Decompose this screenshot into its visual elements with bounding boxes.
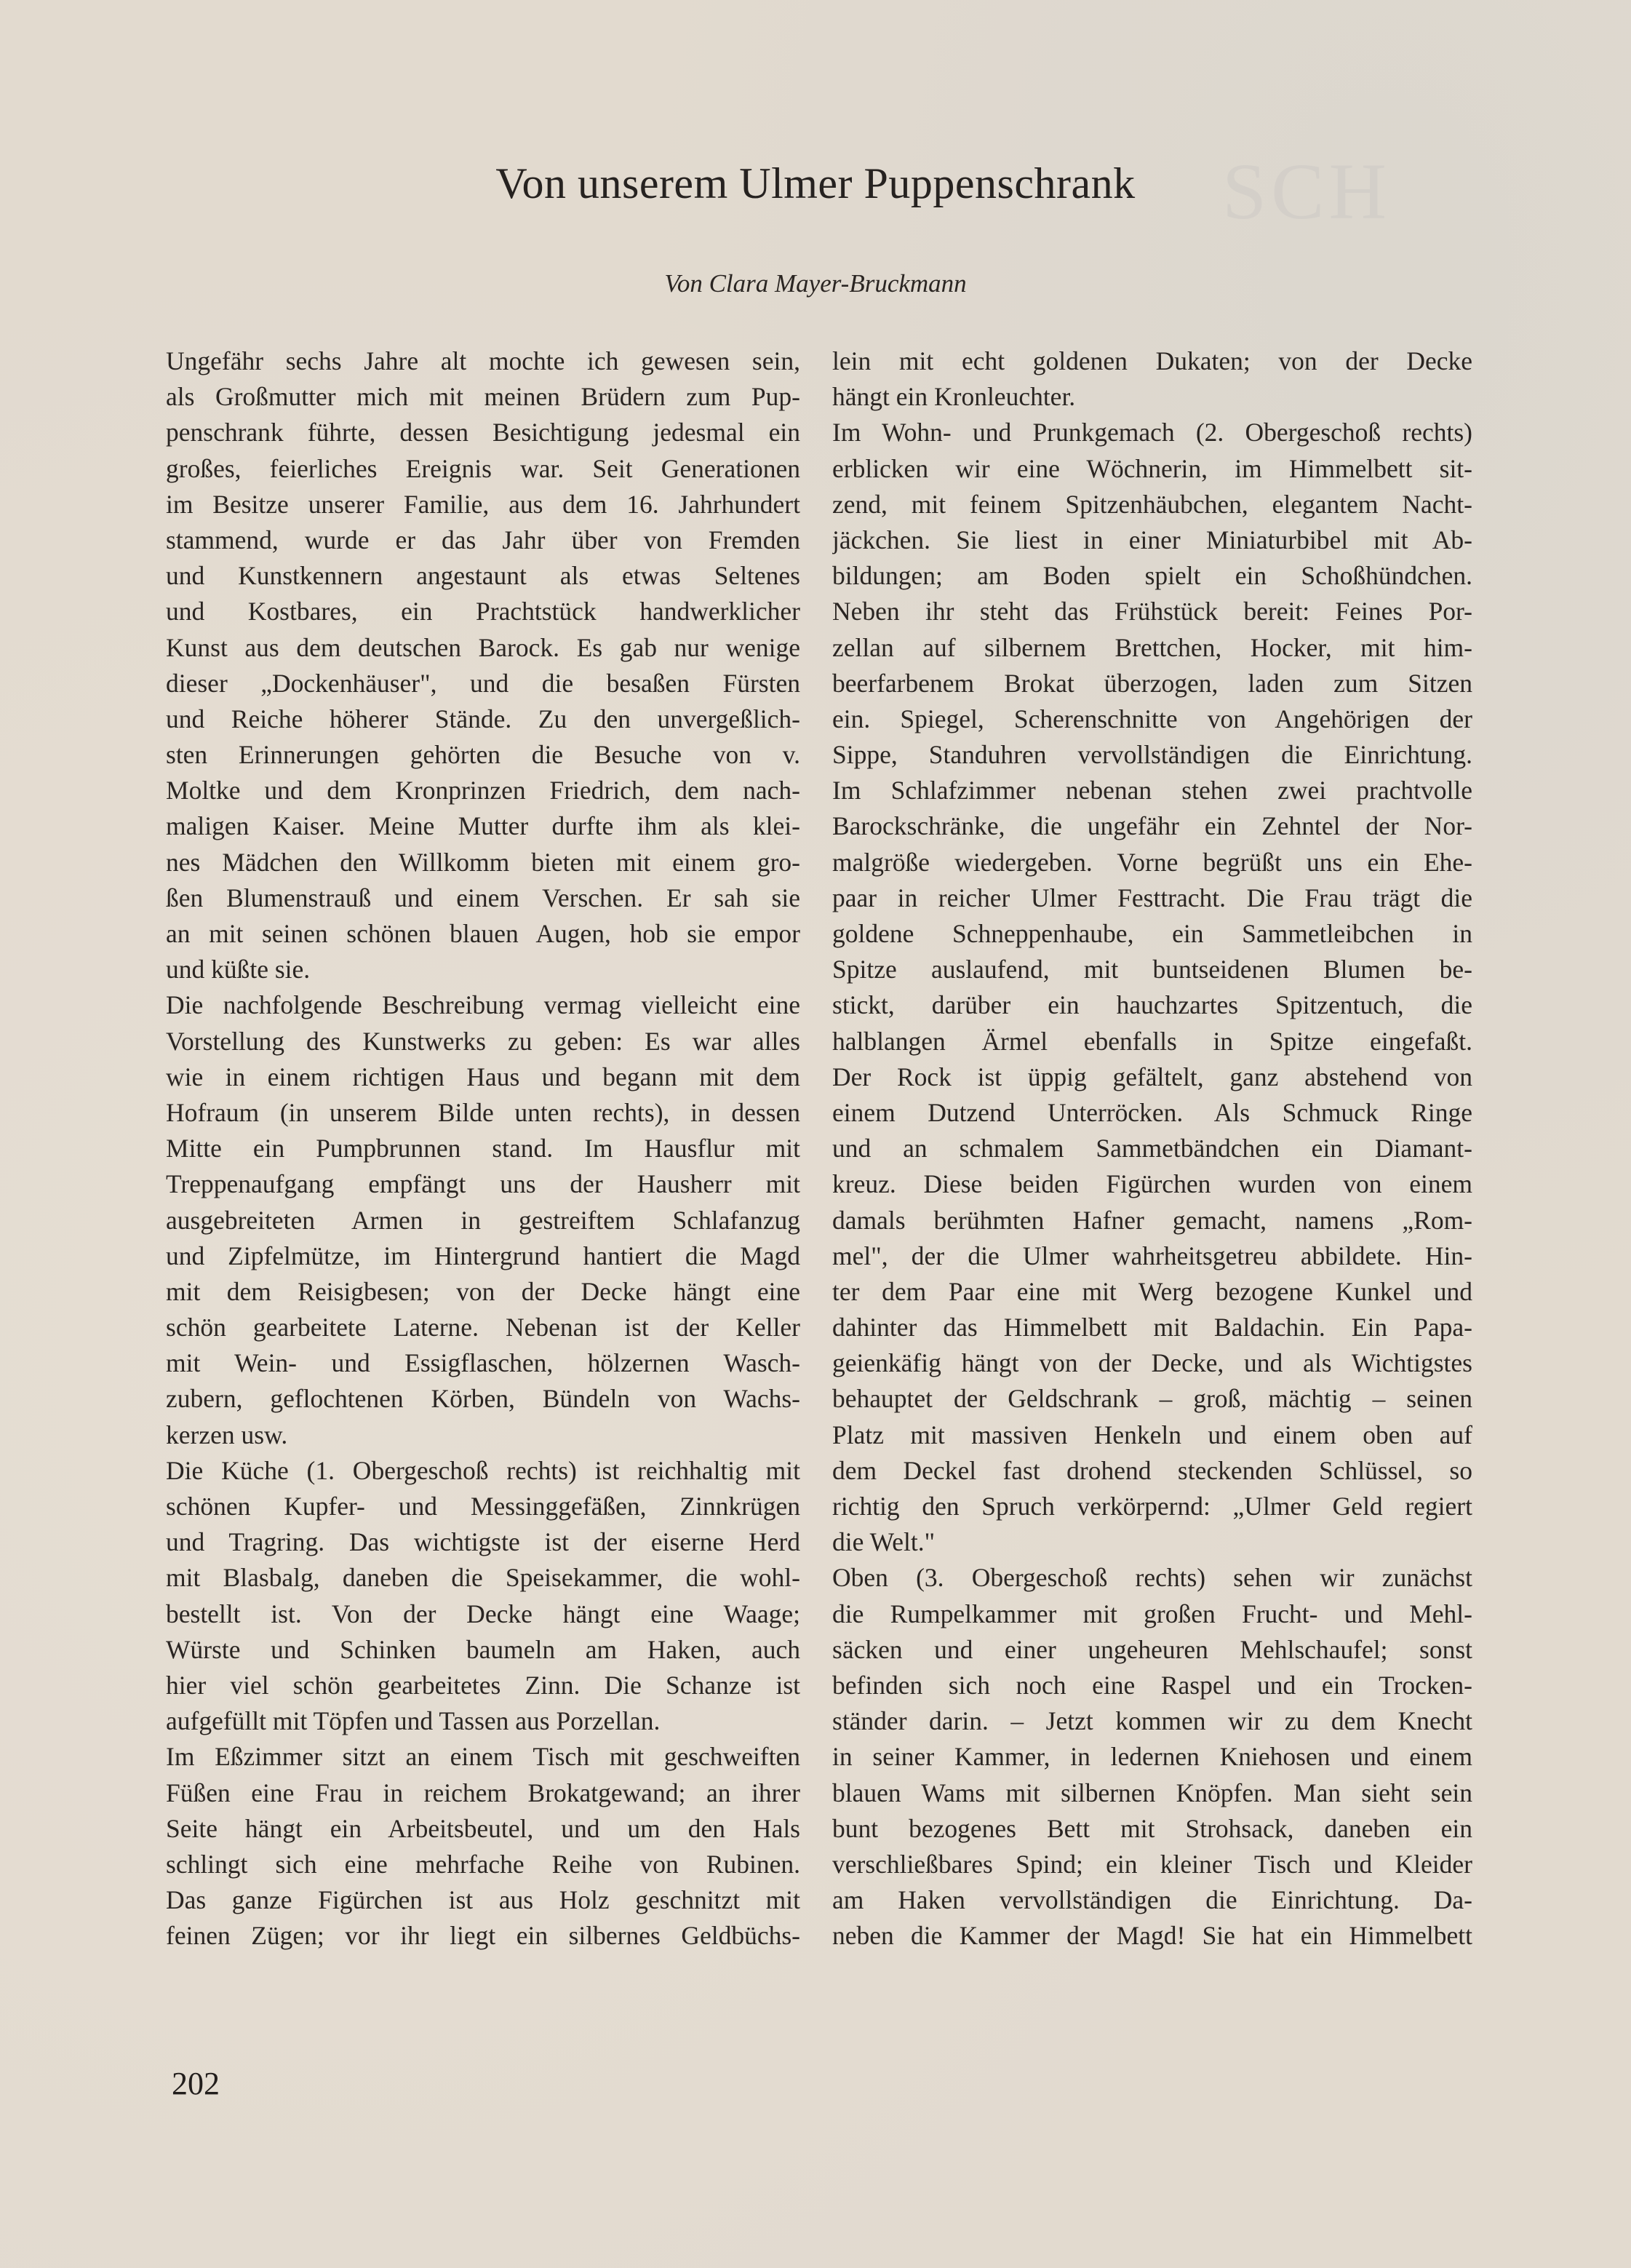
text-line: einem Dutzend Unterröcken. Als Schmuck R… <box>832 1095 1472 1131</box>
text-line: feinen Zügen; vor ihr liegt ein silberne… <box>166 1918 800 1954</box>
text-line: zellan auf silbernem Brettchen, Hocker, … <box>832 630 1472 666</box>
text-line: ständer darin. – Jetzt kommen wir zu dem… <box>832 1703 1472 1739</box>
text-line: sten Erinnerungen gehörten die Besuche v… <box>166 737 800 773</box>
text-line: geienkäfig hängt von der Decke, und als … <box>832 1345 1472 1381</box>
text-line: hier viel schön gearbeitetes Zinn. Die S… <box>166 1668 800 1703</box>
text-line: und an schmalem Sammetbändchen ein Diama… <box>832 1131 1472 1166</box>
text-line: bestellt ist. Von der Decke hängt eine W… <box>166 1596 800 1632</box>
text-line: zend, mit feinem Spitzenhäubchen, elegan… <box>832 487 1472 522</box>
text-line: mel", der die Ulmer wahrheitsgetreu abbi… <box>832 1238 1472 1274</box>
text-line: dahinter das Himmelbett mit Baldachin. E… <box>832 1310 1472 1345</box>
text-line: hängt ein Kronleuchter. <box>832 379 1472 415</box>
text-line: am Haken vervollständigen die Einrichtun… <box>832 1882 1472 1918</box>
text-line: behauptet der Geldschrank – groß, mächti… <box>832 1381 1472 1417</box>
text-line: die Rumpelkammer mit großen Frucht- und … <box>832 1596 1472 1632</box>
text-line: stammend, wurde er das Jahr über von Fre… <box>166 522 800 558</box>
text-line: Der Rock ist üppig gefältelt, ganz abste… <box>832 1059 1472 1095</box>
text-line: Barockschränke, die ungefähr ein Zehntel… <box>832 808 1472 844</box>
text-line: kreuz. Diese beiden Figürchen wurden von… <box>832 1166 1472 1202</box>
text-line: malgröße wiedergeben. Vorne begrüßt uns … <box>832 845 1472 880</box>
text-line: Kunst aus dem deutschen Barock. Es gab n… <box>166 630 800 666</box>
text-line: dieser „Dockenhäuser", und die besaßen F… <box>166 666 800 701</box>
text-line: und Zipfelmütze, im Hintergrund hantiert… <box>166 1238 800 1274</box>
text-line: in seiner Kammer, in ledernen Kniehosen … <box>832 1739 1472 1775</box>
text-line: Das ganze Figürchen ist aus Holz geschni… <box>166 1882 800 1918</box>
article-byline: Von Clara Mayer-Bruckmann <box>0 269 1631 298</box>
article-title: Von unserem Ulmer Puppenschrank <box>0 159 1631 209</box>
text-line: schön gearbeitete Laterne. Nebenan ist d… <box>166 1310 800 1345</box>
text-line: Oben (3. Obergeschoß rechts) sehen wir z… <box>832 1560 1472 1596</box>
text-line: penschrank führte, dessen Besichtigung j… <box>166 415 800 450</box>
text-line: und küßte sie. <box>166 952 800 987</box>
text-line: Seite hängt ein Arbeitsbeutel, und um de… <box>166 1811 800 1847</box>
text-line: Mitte ein Pumpbrunnen stand. Im Hausflur… <box>166 1131 800 1166</box>
text-line: beerfarbenem Brokat überzogen, laden zum… <box>832 666 1472 701</box>
text-line: ausgebreiteten Armen in gestreiftem Schl… <box>166 1203 800 1238</box>
text-line: Sippe, Standuhren vervollständigen die E… <box>832 737 1472 773</box>
text-line: und Kostbares, ein Prachtstück handwerkl… <box>166 594 800 629</box>
text-column-left: Ungefähr sechs Jahre alt mochte ich gewe… <box>166 343 800 1954</box>
text-line: blauen Wams mit silbernen Knöpfen. Man s… <box>832 1775 1472 1811</box>
page-number: 202 <box>172 2065 220 2102</box>
text-line: paar in reicher Ulmer Festtracht. Die Fr… <box>832 880 1472 916</box>
text-line: Die nachfolgende Beschreibung vermag vie… <box>166 987 800 1023</box>
text-line: schönen Kupfer- und Messinggefäßen, Zinn… <box>166 1489 800 1524</box>
text-line: Moltke und dem Kronprinzen Friedrich, de… <box>166 773 800 808</box>
text-line: goldene Schneppenhaube, ein Sammetleibch… <box>832 916 1472 952</box>
text-line: wie in einem richtigen Haus und begann m… <box>166 1059 800 1095</box>
text-line: Würste und Schinken baumeln am Haken, au… <box>166 1632 800 1668</box>
text-line: Im Eßzimmer sitzt an einem Tisch mit ges… <box>166 1739 800 1775</box>
text-line: Die Küche (1. Obergeschoß rechts) ist re… <box>166 1453 800 1489</box>
text-line: schlingt sich eine mehrfache Reihe von R… <box>166 1847 800 1882</box>
document-page: SCH Von unserem Ulmer Puppenschrank Von … <box>0 0 1631 2268</box>
text-line: Im Wohn- und Prunkgemach (2. Obergeschoß… <box>832 415 1472 450</box>
text-line: erblicken wir eine Wöchnerin, im Himmelb… <box>832 451 1472 487</box>
text-line: und Tragring. Das wichtigste ist der eis… <box>166 1524 800 1560</box>
text-line: bildungen; am Boden spielt ein Schoßhünd… <box>832 558 1472 594</box>
text-line: maligen Kaiser. Meine Mutter durfte ihm … <box>166 808 800 844</box>
text-line: lein mit echt goldenen Dukaten; von der … <box>832 343 1472 379</box>
text-line: Im Schlafzimmer nebenan stehen zwei prac… <box>832 773 1472 808</box>
text-line: stickt, darüber ein hauchzartes Spitzent… <box>832 987 1472 1023</box>
text-line: neben die Kammer der Magd! Sie hat ein H… <box>832 1918 1472 1954</box>
text-line: als Großmutter mich mit meinen Brüdern z… <box>166 379 800 415</box>
text-line: verschließbares Spind; ein kleiner Tisch… <box>832 1847 1472 1882</box>
text-line: ter dem Paar eine mit Werg bezogene Kunk… <box>832 1274 1472 1310</box>
text-line: an mit seinen schönen blauen Augen, hob … <box>166 916 800 952</box>
text-line: im Besitze unserer Familie, aus dem 16. … <box>166 487 800 522</box>
text-line: großes, feierliches Ereignis war. Seit G… <box>166 451 800 487</box>
text-line: mit Wein- und Essigflaschen, hölzernen W… <box>166 1345 800 1381</box>
text-line: Treppenaufgang empfängt uns der Hausherr… <box>166 1166 800 1202</box>
text-line: befinden sich noch eine Raspel und ein T… <box>832 1668 1472 1703</box>
text-line: und Reiche höherer Stände. Zu den unverg… <box>166 701 800 737</box>
text-line: damals berühmten Hafner gemacht, namens … <box>832 1203 1472 1238</box>
text-line: Neben ihr steht das Frühstück bereit: Fe… <box>832 594 1472 629</box>
text-line: die Welt." <box>832 1524 1472 1560</box>
text-line: ein. Spiegel, Scherenschnitte von Angehö… <box>832 701 1472 737</box>
text-line: richtig den Spruch verkörpernd: „Ulmer G… <box>832 1489 1472 1524</box>
text-line: nes Mädchen den Willkomm bieten mit eine… <box>166 845 800 880</box>
text-line: Platz mit massiven Henkeln und einem obe… <box>832 1417 1472 1453</box>
text-line: halblangen Ärmel ebenfalls in Spitze ein… <box>832 1024 1472 1059</box>
text-line: Füßen eine Frau in reichem Brokatgewand;… <box>166 1775 800 1811</box>
text-line: und Kunstkennern angestaunt als etwas Se… <box>166 558 800 594</box>
text-line: bunt bezogenes Bett mit Strohsack, daneb… <box>832 1811 1472 1847</box>
text-line: kerzen usw. <box>166 1417 800 1453</box>
text-line: aufgefüllt mit Töpfen und Tassen aus Por… <box>166 1703 800 1739</box>
text-line: ßen Blumenstrauß und einem Verschen. Er … <box>166 880 800 916</box>
text-line: säcken und einer ungeheuren Mehlschaufel… <box>832 1632 1472 1668</box>
text-line: zubern, geflochtenen Körben, Bündeln von… <box>166 1381 800 1417</box>
text-line: Hofraum (in unserem Bilde unten rechts),… <box>166 1095 800 1131</box>
text-line: Spitze auslaufend, mit buntseidenen Blum… <box>832 952 1472 987</box>
text-line: mit Blasbalg, daneben die Speisekammer, … <box>166 1560 800 1596</box>
text-line: Vorstellung des Kunstwerks zu geben: Es … <box>166 1024 800 1059</box>
text-column-right: lein mit echt goldenen Dukaten; von der … <box>832 343 1472 1954</box>
text-line: Ungefähr sechs Jahre alt mochte ich gewe… <box>166 343 800 379</box>
text-line: dem Deckel fast drohend steckenden Schlü… <box>832 1453 1472 1489</box>
text-line: mit dem Reisigbesen; von der Decke hängt… <box>166 1274 800 1310</box>
text-line: jäckchen. Sie liest in einer Miniaturbib… <box>832 522 1472 558</box>
